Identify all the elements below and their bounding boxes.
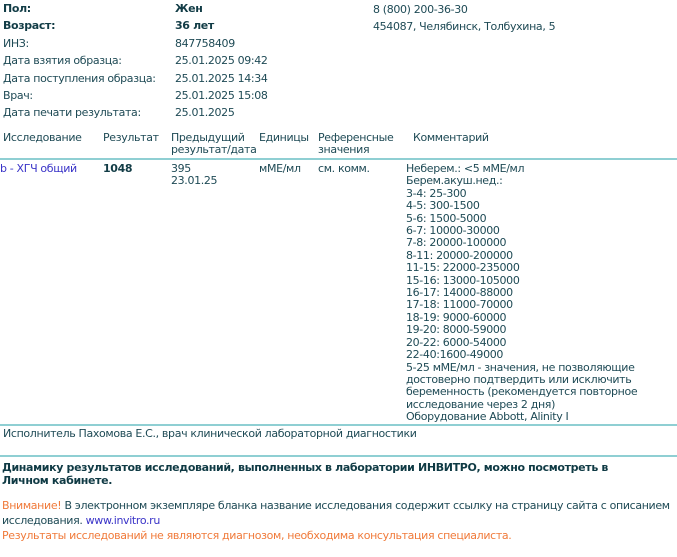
previous-result: 395 23.01.25 <box>171 163 217 188</box>
attention-text-2: исследования. <box>2 514 86 527</box>
header-reference: Референсные значения <box>318 132 393 156</box>
comment-line: Берем.акуш.нед.: <box>406 175 637 187</box>
attention-text: В электронном экземпляре бланка название… <box>61 499 669 512</box>
dynamics-note-line1: Динамику результатов исследований, выпол… <box>2 461 608 474</box>
attention-label: Внимание! <box>2 499 61 512</box>
performer-divider <box>0 455 677 457</box>
header-previous: Предыдущий результат/дата <box>171 132 256 156</box>
patient-label: Возраст: <box>3 17 55 34</box>
header-previous-line2: результат/дата <box>171 144 256 156</box>
header-reference-line2: значения <box>318 144 393 156</box>
website-link[interactable]: www.invitro.ru <box>86 514 160 527</box>
lab-phone: 8 (800) 200-36-30 <box>373 1 468 18</box>
comment-text: Неберем.: <5 мМЕ/млБерем.акуш.нед.:3-4: … <box>406 163 637 424</box>
patient-value: 25.01.2025 15:08 <box>175 87 268 104</box>
patient-label: Дата печати результата: <box>3 104 141 121</box>
comment-line: беременность (рекомендуется повторное <box>406 386 637 398</box>
header-divider <box>0 158 677 160</box>
comment-line: 19-20: 8000-59000 <box>406 324 637 336</box>
patient-value: 25.01.2025 14:34 <box>175 70 268 87</box>
patient-value: 25.01.2025 09:42 <box>175 52 268 69</box>
patient-label: Пол: <box>3 0 31 17</box>
comment-line: 11-15: 22000-235000 <box>406 262 637 274</box>
header-result: Результат <box>103 132 159 144</box>
comment-line: Оборудование Abbott, Alinity I <box>406 411 637 423</box>
performer: Исполнитель Пахомова Е.С., врач клиничес… <box>3 427 417 441</box>
patient-value: 36 лет <box>175 17 214 34</box>
disclaimer: Результаты исследований не являются диаг… <box>2 528 670 543</box>
header-comment: Комментарий <box>413 132 489 144</box>
result-value: 1048 <box>103 163 132 175</box>
lab-address: 454087, Челябинск, Толбухина, 5 <box>373 18 555 35</box>
patient-label: Дата взятия образца: <box>3 52 122 69</box>
comment-line: 7-8: 20000-100000 <box>406 237 637 249</box>
reference-value: см. комм. <box>318 163 370 175</box>
patient-label: Врач: <box>3 87 33 104</box>
dynamics-note: Динамику результатов исследований, выпол… <box>2 461 608 487</box>
comment-line: 17-18: 11000-70000 <box>406 299 637 311</box>
footer-notice: Внимание! В электронном экземпляре бланк… <box>2 498 670 543</box>
comment-line: 4-5: 300-1500 <box>406 200 637 212</box>
patient-label: ИНЗ: <box>3 35 29 52</box>
patient-value: 847758409 <box>175 35 235 52</box>
patient-value: 25.01.2025 <box>175 104 234 121</box>
dynamics-note-line2: Личном кабинете. <box>2 474 608 487</box>
header-units: Единицы <box>259 132 309 144</box>
comment-line: 22-40:1600-49000 <box>406 349 637 361</box>
patient-label: Дата поступления образца: <box>3 70 156 87</box>
patient-value: Жен <box>175 0 202 17</box>
header-test: Исследование <box>3 132 82 144</box>
row-divider <box>0 424 677 426</box>
previous-date: 23.01.25 <box>171 175 217 187</box>
test-name-link[interactable]: b - ХГЧ общий <box>0 163 77 175</box>
units-value: мМЕ/мл <box>259 163 301 175</box>
